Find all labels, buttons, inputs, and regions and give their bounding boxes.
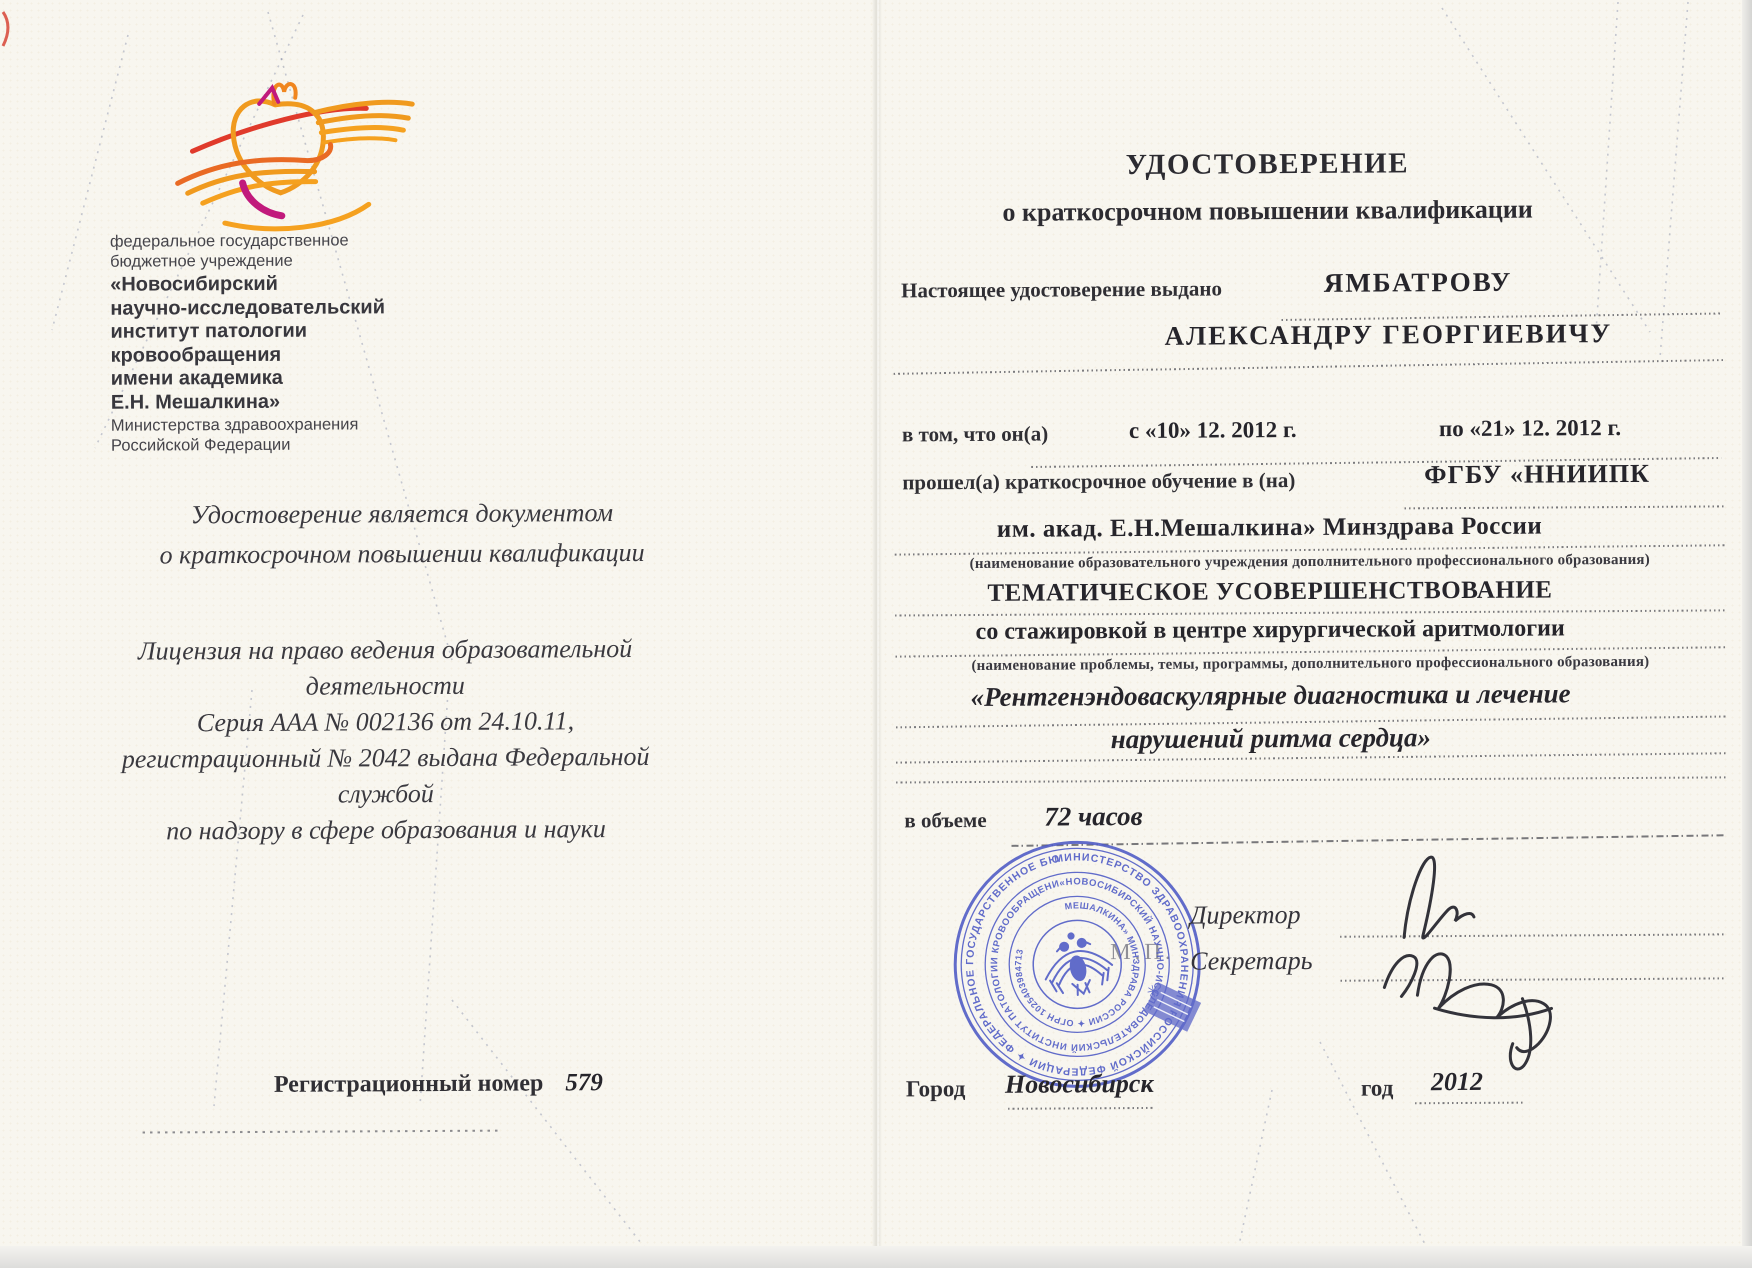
certificate-title: УДОСТОВЕРЕНИЕ [897,146,1637,184]
volume-label: в объеме [904,808,986,834]
form-line [894,359,1724,374]
year-label: год [1361,1075,1394,1101]
scan-edge-right [1742,0,1752,1268]
form-line [896,776,1726,783]
issued-label: Настоящее удостоверение выдано [901,276,1222,303]
certificate-subtitle: о краткосрочном повышении квалификации [898,194,1638,229]
year-line [1415,1102,1525,1104]
program-title-line2: нарушений ритма сердца» [901,721,1641,757]
institution-line1: ФГБУ «ННИИПК [1424,459,1650,490]
double-headed-eagle-emblem [1037,926,1117,1001]
training-label: прошел(а) краткосрочное обучение в (на) [902,468,1295,495]
recipient-name-patronymic: АЛЕКСАНДРУ ГЕОРГИЕВИЧУ [1038,317,1738,352]
program-subtype: со стажировкой в центре хирургической ар… [900,615,1640,647]
date-to: по «21» 12. 2012 г. [1439,415,1621,442]
scan-edge-bottom [0,1246,1752,1268]
director-label: Директор [1190,900,1301,931]
institution-line2: им. акад. Е.Н.Мешалкина» Минздрава Росси… [899,512,1639,545]
program-title-line1: «Рентгенэндоваскулярные диагностика и ле… [900,678,1640,714]
institution-caption: (наименование образовательного учреждени… [895,551,1725,573]
signatures [1361,843,1622,1080]
page-fold-seam [872,0,882,1268]
city-value: Новосибирск [1005,1069,1154,1100]
secretary-label: Секретарь [1190,946,1313,977]
program-type: ТЕМАТИЧЕСКОЕ УСОВЕРШЕНСТВОВАНИЕ [900,576,1640,609]
form-line [1404,505,1724,509]
date-from: с «10» 12. 2012 г. [1129,417,1297,444]
year-value: 2012 [1431,1067,1483,1097]
recipient-surname: ЯМБАТРОВУ [1288,266,1548,299]
certificate-scan: федеральное государственное бюджетное уч… [0,0,1752,1268]
city-label: Город [906,1076,966,1102]
program-caption: (наименование проблемы, темы, программы,… [895,653,1725,675]
period-label: в том, что он(а) [902,422,1048,448]
city-line [1008,1107,1153,1109]
